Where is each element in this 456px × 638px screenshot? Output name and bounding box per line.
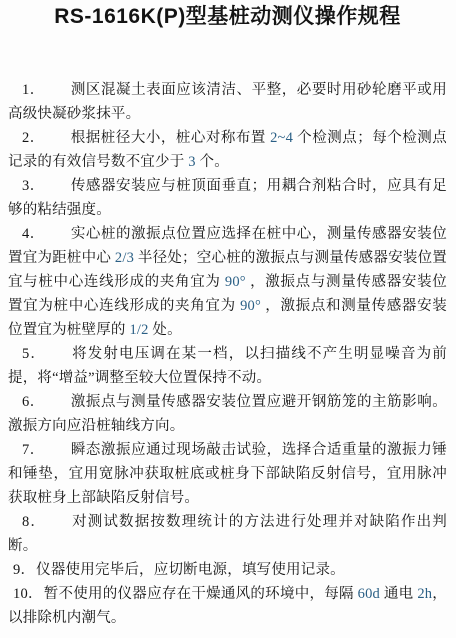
item-text: 激振点与测量传感器安装位置应避开钢筋笼的主筋影响。激振方向应沿桩轴线方向。 <box>8 394 447 434</box>
list-item: 2．根据桩径大小，桩心对称布置 2~4 个检测点；每个检测点记录的有效信号数不宜… <box>8 126 447 174</box>
numeric-value: 1/2 <box>129 322 148 338</box>
numeric-value: 2/3 <box>115 250 134 266</box>
list-item: 6．激振点与测量传感器安装位置应避开钢筋笼的主筋影响。激振方向应沿桩轴线方向。 <box>8 390 447 438</box>
numeric-value: 90° <box>225 274 246 290</box>
numeric-value: 2~4 <box>270 130 293 146</box>
document-title: RS-1616K(P)型基桩动测仪操作规程 <box>8 3 447 31</box>
numeric-value: 60d <box>358 586 380 602</box>
item-text: 对测试数据按数理统计的方法进行处理并对缺陷作出判断。 <box>8 514 447 554</box>
item-number: 6． <box>22 394 45 410</box>
item-number: 7． <box>22 442 45 458</box>
list-item: 7．瞬态激振应通过现场敲击试验，选择合适重量的激振力锤和锤垫，宜用宽脉冲获取桩底… <box>8 438 447 510</box>
item-text: 通电 <box>380 586 417 602</box>
document-body: 1．测区混凝土表面应该清洁、平整，必要时用砂轮磨平或用高级快凝砂浆抹平。2．根据… <box>8 78 447 630</box>
item-text: 暂不使用的仪器应存在干燥通风的环境中，每隔 <box>44 586 358 602</box>
item-text: 测区混凝土表面应该清洁、平整，必要时用砂轮磨平或用高级快凝砂浆抹平。 <box>8 82 447 122</box>
list-item: 4．实心桩的激振点位置应选择在桩中心，测量传感器安装位置宜为距桩中心 2/3 半… <box>8 222 447 342</box>
list-item: 1．测区混凝土表面应该清洁、平整，必要时用砂轮磨平或用高级快凝砂浆抹平。 <box>8 78 447 126</box>
item-text: 仪器使用完毕后，应切断电源，填写使用记录。 <box>36 562 345 578</box>
item-number: 1． <box>22 82 45 98</box>
numeric-value: 90° <box>240 298 261 314</box>
item-text: 将发射电压调在某一档，以扫描线不产生明显噪音为前提，将“增益”调整至较大位置保持… <box>8 346 447 386</box>
numeric-value: 3 <box>188 154 195 170</box>
item-text: 根据桩径大小，桩心对称布置 <box>71 130 270 146</box>
item-text: 处。 <box>149 322 182 338</box>
item-number: 2． <box>22 130 45 146</box>
item-number: 8． <box>22 514 46 530</box>
numeric-value: 2h <box>417 586 432 602</box>
item-number: 4． <box>22 226 45 242</box>
list-item: 10．暂不使用的仪器应存在干燥通风的环境中，每隔 60d 通电 2h，以排除机内… <box>8 582 447 630</box>
item-text: 个。 <box>196 154 229 170</box>
item-number: 9． <box>13 562 35 578</box>
item-text: 传感器安装应与桩顶面垂直；用耦合剂粘合时，应具有足够的粘结强度。 <box>8 178 447 218</box>
list-item: 8．对测试数据按数理统计的方法进行处理并对缺陷作出判断。 <box>8 510 447 558</box>
list-item: 9．仪器使用完毕后，应切断电源，填写使用记录。 <box>8 558 447 582</box>
item-number: 10． <box>13 586 43 602</box>
item-text: 瞬态激振应通过现场敲击试验，选择合适重量的激振力锤和锤垫，宜用宽脉冲获取桩底或桩… <box>8 442 447 506</box>
item-number: 3． <box>22 178 45 194</box>
list-item: 3．传感器安装应与桩顶面垂直；用耦合剂粘合时，应具有足够的粘结强度。 <box>8 174 447 222</box>
document-page: RS-1616K(P)型基桩动测仪操作规程 1．测区混凝土表面应该清洁、平整，必… <box>0 0 456 638</box>
item-number: 5． <box>22 346 46 362</box>
list-item: 5．将发射电压调在某一档，以扫描线不产生明显噪音为前提，将“增益”调整至较大位置… <box>8 342 447 390</box>
